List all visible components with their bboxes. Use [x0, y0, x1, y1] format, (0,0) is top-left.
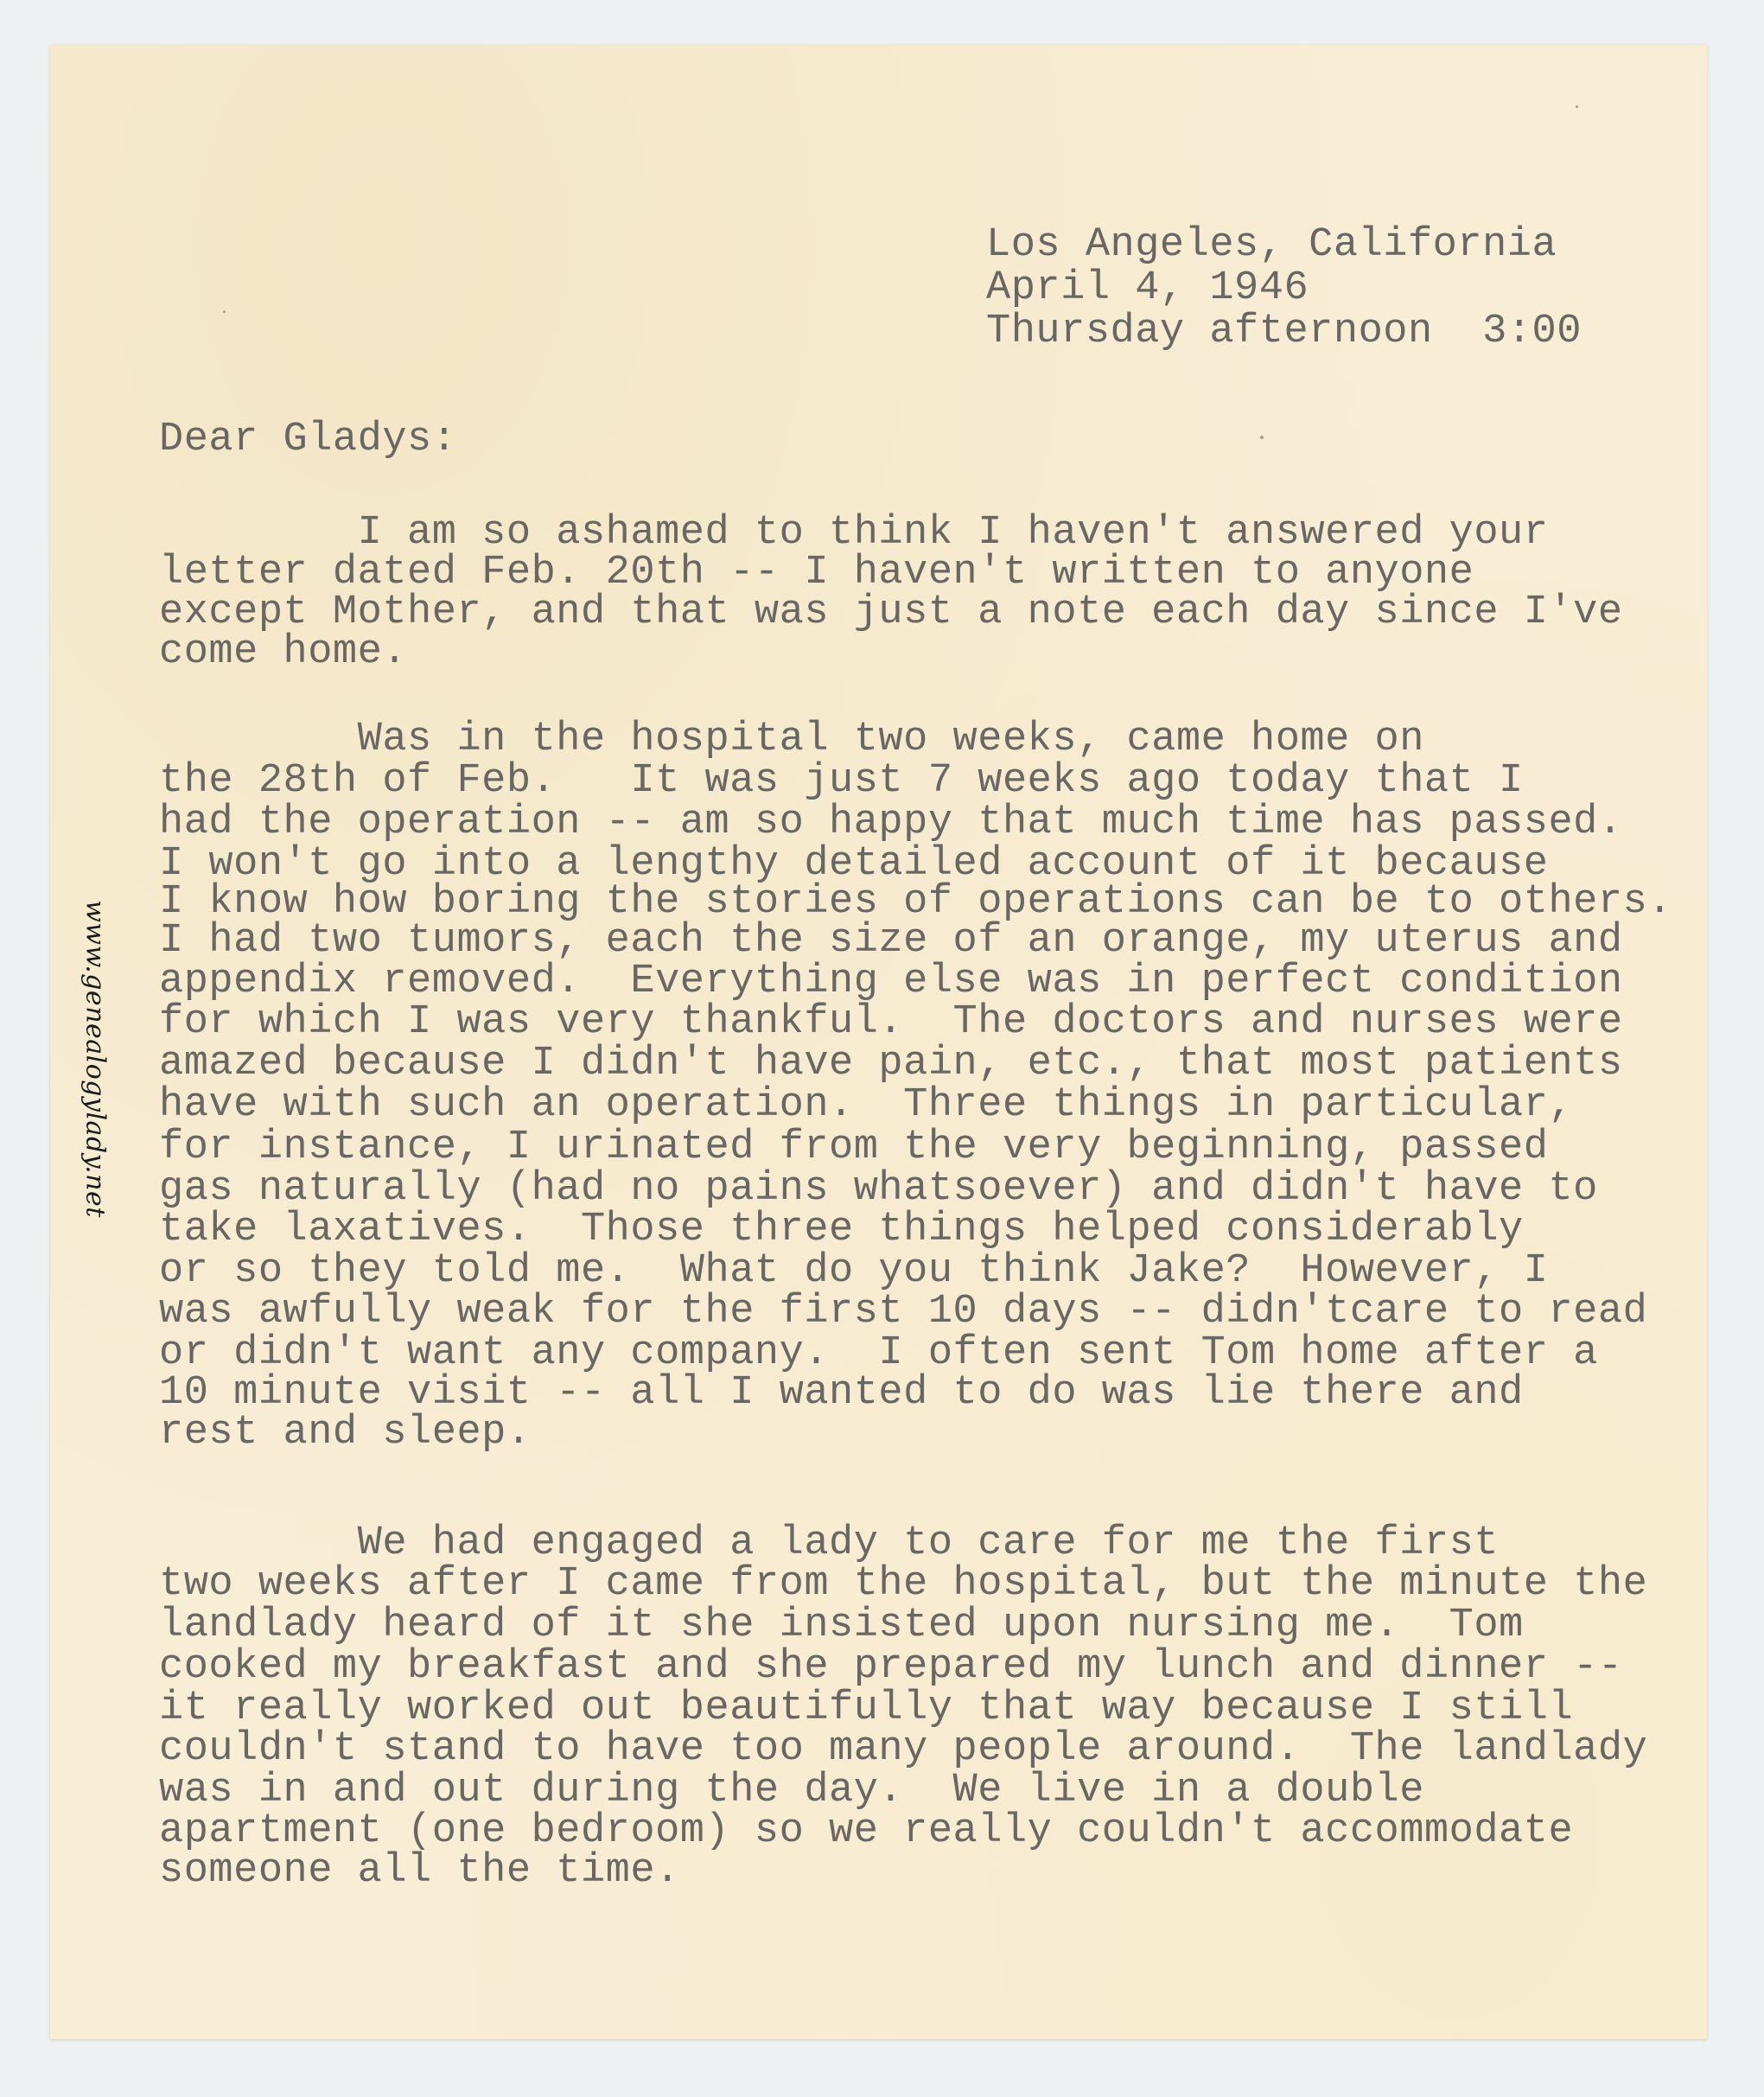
paragraph-line: for which I was very thankful. The docto… [159, 1002, 1623, 1042]
paragraph-line: come home. [159, 632, 407, 672]
paragraph-line: had the operation -- am so happy that mu… [159, 802, 1623, 843]
paragraph-line: appendix removed. Everything else was in… [159, 961, 1623, 1002]
paragraph-line: was awfully weak for the first 10 days -… [159, 1291, 1647, 1332]
paragraph-line: it really worked out beautifully that wa… [159, 1688, 1573, 1729]
paper-speck [1260, 436, 1264, 439]
paragraph-line: the 28th of Feb. It was just 7 weeks ago… [159, 761, 1524, 801]
paragraph-line: except Mother, and that was just a note … [159, 592, 1623, 633]
salutation: Dear Gladys: [159, 419, 456, 460]
paragraph-line: landlady heard of it she insisted upon n… [159, 1605, 1524, 1646]
heading-date: April 4, 1946 [986, 268, 1309, 309]
paragraph-line: cooked my breakfast and she prepared my … [159, 1647, 1623, 1687]
paragraph-line: or didn't want any company. I often sent… [159, 1333, 1598, 1374]
paragraph-line: We had engaged a lady to care for me the… [159, 1523, 1499, 1564]
paragraph-line: someone all the time. [159, 1851, 680, 1891]
heading-time: Thursday afternoon 3:00 [986, 311, 1582, 352]
paragraph-line: I had two tumors, each the size of an or… [159, 921, 1623, 961]
paragraph-line: was in and out during the day. We live i… [159, 1770, 1424, 1811]
paragraph-line: amazed because I didn't have pain, etc.,… [159, 1043, 1623, 1084]
paragraph-line: I am so ashamed to think I haven't answe… [159, 513, 1548, 553]
paragraph-line: apartment (one bedroom) so we really cou… [159, 1811, 1573, 1852]
letter-paper: Los Angeles, California April 4, 1946 Th… [50, 45, 1707, 2039]
paragraph-line: couldn't stand to have too many people a… [159, 1729, 1647, 1769]
paragraph-line: have with such an operation. Three thing… [159, 1085, 1573, 1125]
paragraph-line: or so they told me. What do you think Ja… [159, 1251, 1548, 1291]
paper-speck [1576, 105, 1578, 108]
watermark: www.genealogylady.net [69, 877, 121, 1240]
paragraph-line: two weeks after I came from the hospital… [159, 1564, 1647, 1604]
paragraph-line: for instance, I urinated from the very b… [159, 1127, 1548, 1168]
paragraph-line: take laxatives. Those three things helpe… [159, 1209, 1524, 1250]
paragraph-line: I know how boring the stories of operati… [159, 882, 1672, 922]
paper-speck [223, 310, 226, 313]
paragraph-line: I won't go into a lengthy detailed accou… [159, 844, 1548, 884]
watermark-text: www.genealogylady.net [80, 900, 111, 1218]
paragraph-line: Was in the hospital two weeks, came home… [159, 719, 1424, 760]
paragraph-line: gas naturally (had no pains whatsoever) … [159, 1169, 1598, 1209]
paragraph-line: rest and sleep. [159, 1412, 532, 1453]
paragraph-line: 10 minute visit -- all I wanted to do wa… [159, 1373, 1524, 1413]
heading-place: Los Angeles, California [986, 225, 1557, 265]
paragraph-line: letter dated Feb. 20th -- I haven't writ… [159, 552, 1474, 593]
